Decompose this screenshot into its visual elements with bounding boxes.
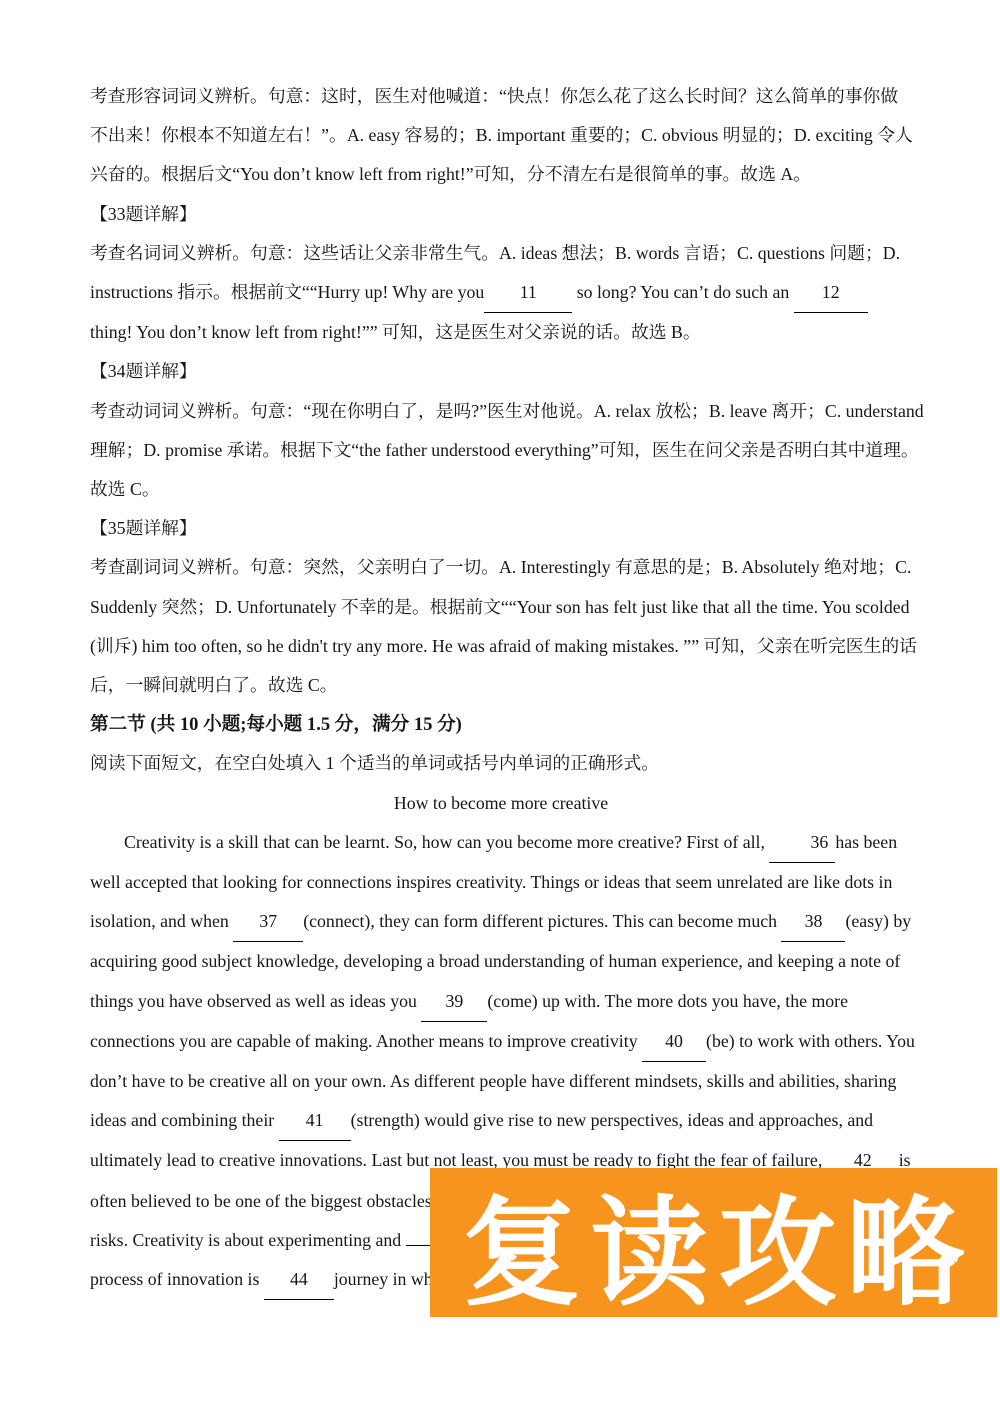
answer-32-line-1: 考查形容词词义辨析。句意：这时，医生对他喊道：“快点！你怎么花了这么长时间？这么…: [90, 77, 912, 116]
answer-32-line-2: 不出来！你根本不知道左右！”。A. easy 容易的；B. important …: [90, 116, 912, 155]
passage-line-5: things you have observed as well as idea…: [90, 982, 912, 1022]
answer-34-line-2: 理解；D. promise 承诺。根据下文“the father underst…: [90, 431, 912, 470]
blank-44: 44: [264, 1260, 334, 1300]
answer-33-line-2: instructions 指示。根据前文““Hurry up! Why are …: [90, 273, 912, 313]
answer-33-line-3: thing! You don’t know left from right!””…: [90, 313, 912, 352]
passage-title: How to become more creative: [90, 784, 912, 823]
passage-line-6: connections you are capable of making. A…: [90, 1022, 912, 1062]
passage-line-1: Creativity is a skill that can be learnt…: [90, 823, 912, 863]
document-content: 考查形容词词义辨析。句意：这时，医生对他喊道：“快点！你怎么花了这么长时间？这么…: [90, 77, 912, 1300]
watermark-overlay: 复读攻略: [430, 1168, 997, 1317]
detail-heading-35: 【35题详解】: [90, 509, 912, 548]
passage-line-3: isolation, and when 37(connect), they ca…: [90, 902, 912, 942]
section-heading: 第二节 (共 10 小题;每小题 1.5 分，满分 15 分): [90, 705, 912, 744]
blank-37: 37: [233, 902, 303, 942]
passage-line-2: well accepted that looking for connectio…: [90, 863, 912, 902]
answer-34-line-1: 考查动词词义辨析。句意：“现在你明白了，是吗?”医生对他说。A. relax 放…: [90, 392, 912, 431]
watermark-text: 复读攻略: [452, 1168, 974, 1317]
passage-line-8: ideas and combining their 41(strength) w…: [90, 1101, 912, 1141]
detail-heading-34: 【34题详解】: [90, 352, 912, 391]
blank-36: 36: [769, 823, 835, 863]
blank-11: 11: [484, 273, 572, 313]
answer-35-line-3: (训斥) him too often, so he didn't try any…: [90, 627, 912, 666]
blank-38: 38: [781, 902, 845, 942]
blank-39: 39: [421, 982, 487, 1022]
passage-line-4: acquiring good subject knowledge, develo…: [90, 942, 912, 981]
detail-heading-33: 【33题详解】: [90, 195, 912, 234]
answer-33-line-1: 考查名词词义辨析。句意：这些话让父亲非常生气。A. ideas 想法；B. wo…: [90, 234, 912, 273]
blank-40: 40: [642, 1022, 706, 1062]
answer-32-line-3: 兴奋的。根据后文“You don’t know left from right!…: [90, 155, 912, 194]
passage-line-7: don’t have to be creative all on your ow…: [90, 1062, 912, 1101]
section-instruction: 阅读下面短文，在空白处填入 1 个适当的单词或括号内单词的正确形式。: [90, 744, 912, 783]
answer-35-line-4: 后，一瞬间就明白了。故选 C。: [90, 666, 912, 705]
answer-34-line-3: 故选 C。: [90, 470, 912, 509]
exam-answer-page: 考查形容词词义辨析。句意：这时，医生对他喊道：“快点！你怎么花了这么长时间？这么…: [0, 0, 1000, 1414]
blank-12: 12: [794, 273, 868, 313]
answer-35-line-2: Suddenly 突然；D. Unfortunately 不幸的是。根据前文““…: [90, 588, 912, 627]
blank-41: 41: [279, 1101, 351, 1141]
answer-35-line-1: 考查副词词义辨析。句意：突然，父亲明白了一切。A. Interestingly …: [90, 548, 912, 587]
